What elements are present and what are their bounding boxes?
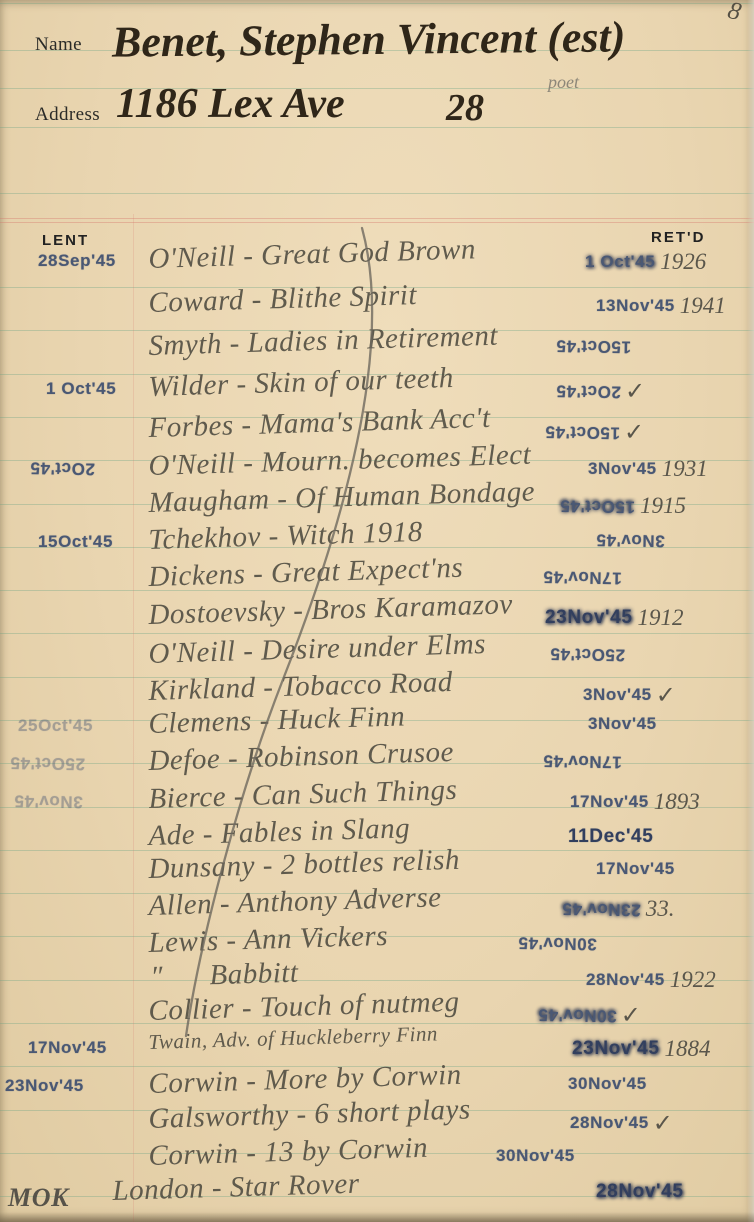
retd-date-stamp: 3Nov'45: [583, 685, 652, 705]
lent-date-stamp: 15Oct'45: [38, 532, 113, 552]
lent-date-stamp: 25Oct'45: [10, 752, 85, 773]
retd-date-stamp: 17Nov'45: [543, 750, 622, 771]
lent-date-stamp: 3Nov'45: [14, 790, 83, 811]
lent-date-stamp: 17Nov'45: [28, 1038, 107, 1058]
scan-bottom-shadow: [0, 1212, 754, 1222]
retd-date-stamp: 23Nov'45: [545, 607, 632, 629]
ledger-row: MOKLondon - Star Rover28Nov'45: [0, 1175, 754, 1217]
book-entry-handwriting: Clemens - Huck Finn: [148, 700, 406, 741]
check-mark: ✓: [621, 1003, 641, 1029]
retd-date-stamp: 11Dec'45: [568, 826, 653, 848]
address-handwriting: 1186 Lex Ave: [116, 80, 345, 128]
ruled-line: [0, 127, 754, 128]
ruled-line: [0, 88, 754, 89]
ruled-line: [0, 193, 754, 194]
lent-date-stamp: 23Nov'45: [5, 1076, 84, 1096]
year-note-handwriting: 1926: [660, 249, 706, 274]
retd-date-stamp: 25Oct'45: [550, 643, 625, 664]
retd-date-stamp: 30Nov'45: [538, 1004, 617, 1025]
year-note-handwriting: 1884: [664, 1036, 710, 1061]
year-note-handwriting: 1931: [662, 456, 708, 481]
retd-date-stamp: 13Nov'45: [596, 296, 675, 316]
book-entry-handwriting: Lewis - Ann Vickers: [148, 920, 388, 960]
lent-date-stamp: 28Sep'45: [38, 251, 116, 271]
retd-date-stamp: 23Nov'45: [562, 898, 641, 919]
check-mark: ✓: [624, 420, 644, 446]
year-note-handwriting: 33.: [646, 896, 675, 921]
year-note-handwriting: 1893: [654, 789, 700, 814]
retd-date-stamp: 3Nov'45: [588, 459, 657, 479]
ruled-line: [0, 3, 754, 4]
retd-date-stamp: 17Nov'45: [543, 566, 622, 587]
lent-date-stamp: 1 Oct'45: [46, 379, 116, 399]
name-suffix: (est): [547, 12, 626, 62]
check-mark: ✓: [625, 379, 645, 405]
retd-date-stamp: 1 Oct'45: [585, 252, 655, 272]
year-note-handwriting: 1922: [670, 967, 716, 992]
address-label: Address: [35, 104, 100, 126]
year-note-handwriting: 1912: [637, 605, 683, 630]
retd-date-stamp: 2Oct'45: [556, 380, 621, 401]
lent-date-stamp: 25Oct'45: [18, 716, 93, 736]
year-note-handwriting: 1941: [680, 293, 726, 318]
retd-date-stamp: 3Nov'45: [596, 529, 665, 550]
retd-date-stamp: 17Nov'45: [596, 859, 675, 879]
year-note-handwriting: 1915: [640, 493, 686, 518]
scan-edge-highlight: [747, 0, 754, 1222]
address-zone-handwriting: 28: [446, 86, 484, 130]
header-separator-line: [0, 218, 754, 219]
book-entry-handwriting: London - Star Rover: [112, 1168, 360, 1208]
corner-page-number: 8: [725, 0, 744, 27]
retd-date-stamp: 28Nov'45: [596, 1181, 683, 1203]
book-entry-handwriting: O'Neill - Great God Brown: [148, 233, 476, 276]
book-entry-handwriting: Coward - Blithe Spirit: [148, 279, 417, 320]
retd-date-stamp: 15Oct'45: [545, 421, 620, 442]
retd-date-stamp: 15Oct'45: [560, 495, 635, 516]
book-entry-handwriting: ″ Babbitt: [150, 957, 299, 994]
retd-date-stamp: 3Nov'45: [588, 714, 657, 734]
check-mark: ✓: [656, 683, 676, 709]
name-label: Name: [35, 34, 82, 56]
retd-date-stamp: 23Nov'45: [572, 1038, 659, 1060]
retd-date-stamp: 28Nov'45: [570, 1113, 649, 1133]
lent-date-stamp: 2Oct'45: [30, 457, 95, 478]
retd-date-stamp: 30Nov'45: [518, 932, 597, 953]
header-separator-line: [0, 222, 754, 223]
cardholder-name-handwriting: Benet, Stephen Vincent (est): [112, 11, 626, 67]
retd-date-stamp: 28Nov'45: [586, 970, 665, 990]
book-entry-handwriting: Corwin - 13 by Corwin: [148, 1132, 428, 1173]
retd-date-stamp: 30Nov'45: [496, 1146, 575, 1166]
pencil-annotation: poet: [548, 72, 579, 93]
library-lending-card: Name Benet, Stephen Vincent (est) poet 8…: [0, 0, 754, 1222]
retd-date-stamp: 30Nov'45: [568, 1074, 647, 1094]
book-entry-handwriting: Tchekhov - Witch 1918: [148, 516, 423, 557]
retd-date-stamp: 15Oct'45: [556, 335, 631, 356]
lent-date-stamp: MOK: [8, 1183, 69, 1213]
ledger-row: 28Sep'45O'Neill - Great God Brown1 Oct'4…: [0, 243, 754, 285]
check-mark: ✓: [653, 1111, 673, 1137]
retd-date-stamp: 17Nov'45: [570, 792, 649, 812]
